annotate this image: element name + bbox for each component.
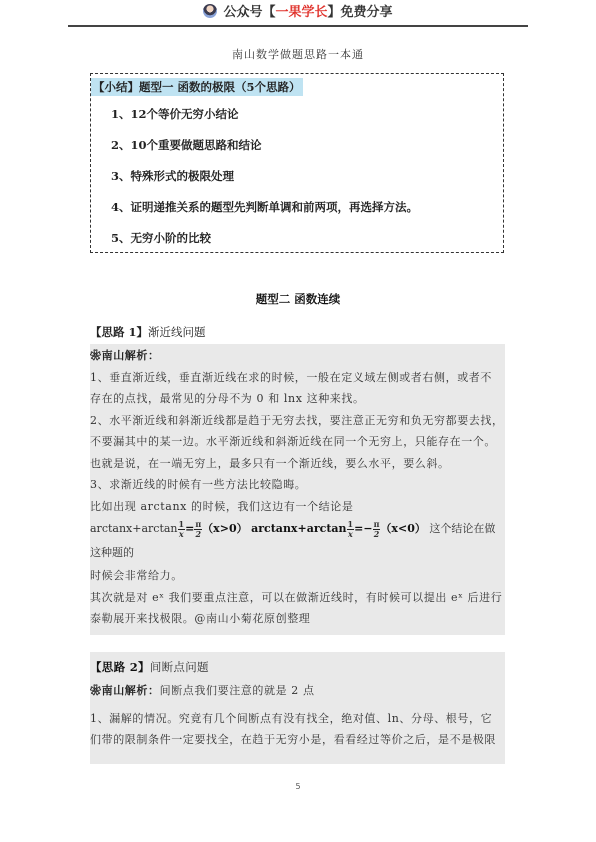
- summary-item: 1、12个等价无穷小结论: [111, 107, 418, 138]
- paragraph-line: 其次就是对 eˣ 我们要重点注意，可以在做渐近线时，有时候可以提出 eˣ 后进行: [90, 587, 505, 609]
- summary-box: 【小结】题型一 函数的极限（5个思路） 1、12个等价无穷小结论 2、10个重要…: [90, 73, 504, 253]
- paragraph-line: 也就是说，在一端无穷上，最多只有一个渐近线，要么水平，要么斜。: [90, 453, 505, 475]
- summary-list: 1、12个等价无穷小结论 2、10个重要做题思路和结论 3、特殊形式的极限处理 …: [111, 107, 418, 262]
- paragraph-line: 1、漏解的情况。究竟有几个间断点有没有找全，绝对值、ln、分母、根号，它: [90, 708, 505, 730]
- brand-line: 公众号【一果学长】免费分享: [0, 4, 596, 21]
- idea-2-heading: 【思路 2】间断点问题: [90, 656, 505, 678]
- paragraph-line: 存在的点找，最常见的分母不为 0 和 lnx 这种来找。: [90, 388, 505, 410]
- equals-negative: =−: [354, 522, 372, 535]
- analysis-label: ❀南山解析：: [90, 684, 160, 697]
- fraction: 1x: [347, 520, 355, 539]
- header-rule: [68, 25, 528, 27]
- analysis-label: ❀南山解析：: [90, 345, 505, 367]
- formula-term: arctanx+arctan: [90, 522, 178, 535]
- formula-line: arctanx+arctan1x=π2（x>0） arctanx+arctan1…: [90, 517, 505, 565]
- paragraph-line: 1、垂直渐近线，垂直渐近线在求的时候，一般在定义域左侧或者右侧，或者不: [90, 367, 505, 389]
- idea-1-analysis-block: ❀南山解析： 1、垂直渐近线，垂直渐近线在求的时候，一般在定义域左侧或者右侧，或…: [90, 344, 505, 635]
- fraction: π2: [194, 520, 202, 539]
- paragraph-line: 们带的限制条件一定要找全，在趋于无穷小是，看看经过等价之后，是不是极限: [90, 729, 505, 751]
- paragraph-line: 时候会非常给力。: [90, 565, 505, 587]
- summary-item: 3、特殊形式的极限处理: [111, 169, 418, 200]
- condition: （x<0）: [380, 522, 425, 535]
- paragraph-line: 2、水平渐近线和斜渐近线都是趋于无穷去找，要注意正无穷和负无穷都要去找，: [90, 410, 505, 432]
- brand-prefix: 公众号: [223, 5, 262, 20]
- brand-highlight: 一果学长: [275, 5, 327, 20]
- paragraph-line: 泰勒展开来找极限。@南山小菊花原创整理: [90, 608, 505, 630]
- paragraph-line: 3、求渐近线的时候有一些方法比较隐晦。: [90, 474, 505, 496]
- analysis-text: 间断点我们要注意的就是 2 点: [160, 684, 315, 697]
- document-title: 南山数学做题思路一本通: [0, 46, 596, 62]
- paragraph-line: 不要漏其中的某一边。水平渐近线和斜渐近线在同一个无穷上，只能存在一个。: [90, 431, 505, 453]
- section-title: 题型二 函数连续: [0, 291, 596, 307]
- page-number: 5: [0, 782, 596, 791]
- idea-2-label: 【思路 2】: [90, 660, 150, 674]
- bracket-open: 【: [262, 5, 275, 20]
- idea-2-block: 【思路 2】间断点问题 ❀南山解析：间断点我们要注意的就是 2 点 1、漏解的情…: [90, 652, 505, 764]
- paragraph-line: 比如出现 arctanx 的时候，我们这边有一个结论是: [90, 496, 505, 518]
- brand-suffix: 免费分享: [341, 5, 393, 20]
- formula-term: arctanx+arctan: [251, 522, 346, 535]
- idea-1-heading: 【思路 1】渐近线问题: [90, 324, 206, 340]
- fraction: 1x: [178, 520, 186, 539]
- avatar-icon: [203, 4, 217, 18]
- summary-item: 5、无穷小阶的比较: [111, 231, 418, 262]
- idea-2-analysis: ❀南山解析：间断点我们要注意的就是 2 点: [90, 680, 505, 702]
- share-banner: 公众号【一果学长】免费分享: [0, 0, 596, 26]
- summary-item: 2、10个重要做题思路和结论: [111, 138, 418, 169]
- summary-item: 4、证明递推关系的题型先判断单调和前两项，再选择方法。: [111, 200, 418, 231]
- bracket-close: 】: [328, 5, 341, 20]
- equals: =: [185, 522, 194, 535]
- idea-2-title: 间断点问题: [150, 660, 209, 674]
- idea-1-title: 渐近线问题: [148, 325, 206, 339]
- condition: （x>0）: [202, 522, 247, 535]
- idea-1-label: 【思路 1】: [90, 325, 148, 339]
- summary-heading: 【小结】题型一 函数的极限（5个思路）: [91, 78, 303, 96]
